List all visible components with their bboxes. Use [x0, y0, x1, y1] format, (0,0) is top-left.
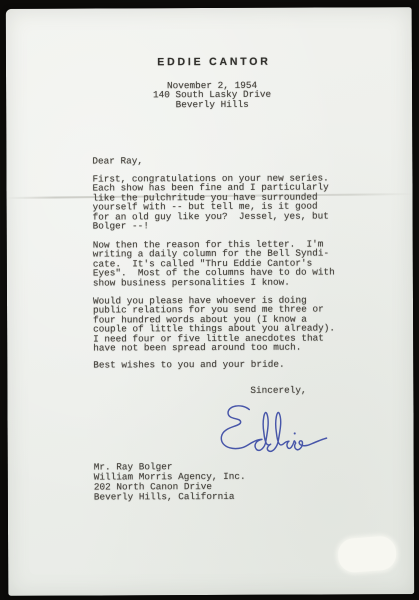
paragraph-1: First, congratulations on your new serie…: [92, 173, 329, 231]
paragraph-3: Would you please have whoever is doing p…: [93, 295, 335, 353]
recipient-address-block: Mr. Ray Bolger William Morris Agency, In…: [94, 462, 246, 502]
letter-paper: EDDIE CANTOR November 2, 1954 140 South …: [6, 7, 415, 596]
signature-eddie-ink: Eddie: [213, 401, 329, 456]
paragraph-2: Now then the reason for this letter. I'm…: [93, 239, 335, 287]
date-address-block: November 2, 1954 140 South Lasky Drive B…: [9, 80, 415, 110]
valediction: Sincerely,: [250, 386, 306, 396]
salutation: Dear Ray,: [92, 156, 143, 166]
paper-patch: [337, 535, 397, 573]
signature-stroke: [221, 405, 326, 451]
closing-line: Best wishes to you and your bride.: [93, 360, 284, 370]
scan-photo: { "letterhead": { "name": "EDDIE CANTOR"…: [0, 0, 419, 600]
i-dot: [294, 432, 296, 434]
letterhead-name: EDDIE CANTOR: [11, 55, 417, 69]
